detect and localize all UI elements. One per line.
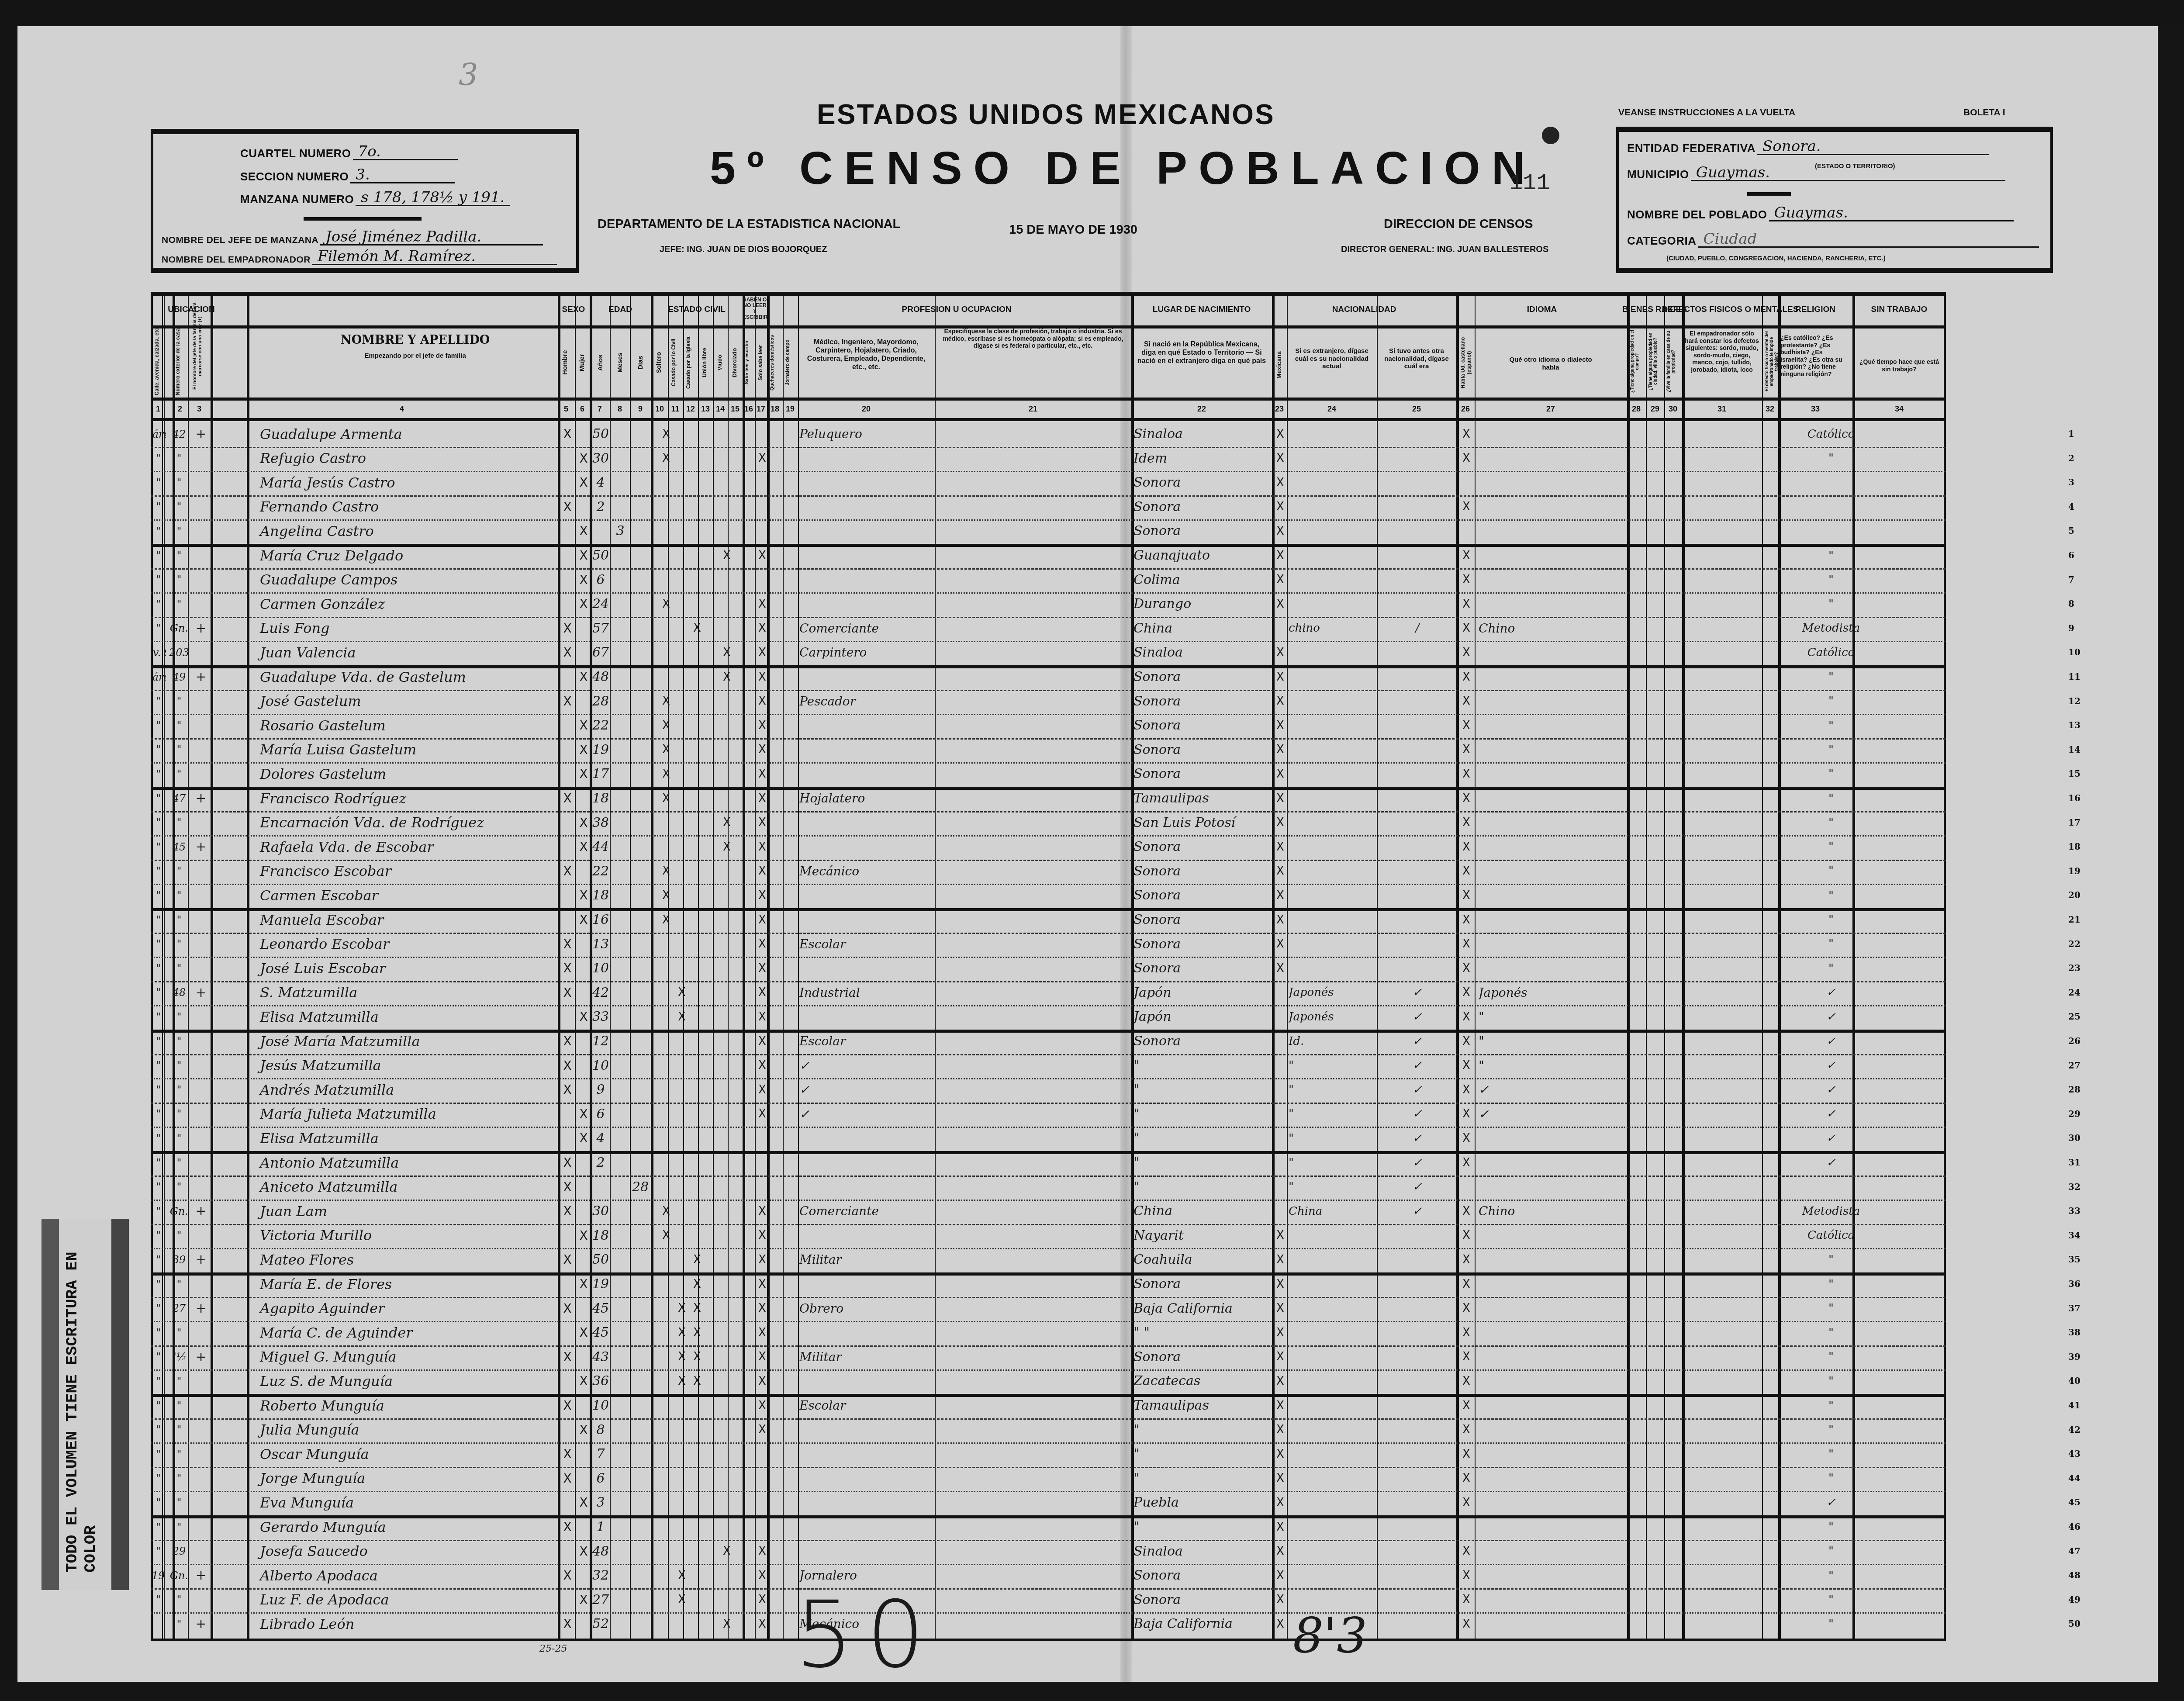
row-number: 42 bbox=[2068, 1424, 2080, 1435]
sex-male-mark: X bbox=[559, 1200, 576, 1223]
speaks-spanish-mark: X bbox=[1458, 1248, 1475, 1271]
person-name: Gerardo Munguía bbox=[251, 1515, 557, 1539]
foreign-nationality bbox=[1289, 1467, 1376, 1490]
jefe-value: José Jiménez Padilla. bbox=[320, 229, 543, 245]
occupation: Pescador bbox=[799, 690, 926, 713]
row-number: 31 bbox=[2068, 1157, 2080, 1168]
calle-cell: " bbox=[151, 690, 166, 713]
age-years: 6 bbox=[591, 1467, 610, 1490]
sex-male-mark: X bbox=[559, 1564, 576, 1587]
header-c19: Jornalero de campo bbox=[785, 332, 796, 393]
mexican-nationality-mark: X bbox=[1273, 933, 1287, 956]
mexican-nationality-mark: X bbox=[1273, 568, 1287, 591]
sex-female-mark: X bbox=[575, 665, 592, 688]
age-years bbox=[591, 1175, 610, 1199]
row-number: 14 bbox=[2068, 744, 2080, 755]
age-years: 4 bbox=[591, 1127, 610, 1150]
other-language bbox=[1479, 714, 1627, 737]
age-days bbox=[630, 1612, 650, 1635]
header-c15: Divorciado bbox=[731, 332, 738, 393]
age-days bbox=[630, 1248, 650, 1271]
table-row: ""Refugio CastroX30XIdemXX"X bbox=[151, 447, 1946, 470]
marital-status-mark: X bbox=[675, 1321, 688, 1344]
mexican-nationality-mark: X bbox=[1273, 1345, 1287, 1369]
house-number-cell: " bbox=[168, 1127, 190, 1150]
occupation: Industrial bbox=[799, 981, 926, 1004]
occupation: Hojalatero bbox=[799, 787, 926, 810]
religion: " bbox=[1781, 568, 1881, 591]
header-c16: Sabe leer y escribir bbox=[744, 332, 754, 393]
speaks-spanish-mark: X bbox=[1458, 835, 1475, 858]
birthplace: Sinaloa bbox=[1133, 422, 1272, 446]
row-number: 37 bbox=[2068, 1303, 2080, 1314]
occupation: Carpintero bbox=[799, 641, 926, 664]
calle-cell: " bbox=[151, 787, 166, 810]
person-name: Andrés Matzumilla bbox=[251, 1078, 557, 1101]
age-months bbox=[610, 811, 630, 834]
table-row: ""María Julieta MatzumillaX6X✓""✓X✓✓ bbox=[151, 1103, 1946, 1126]
birthplace: Japón bbox=[1133, 981, 1272, 1004]
mexican-nationality-mark: X bbox=[1273, 1272, 1287, 1296]
row-number: 20 bbox=[2068, 890, 2080, 900]
birthplace: Nayarit bbox=[1133, 1224, 1272, 1247]
person-name: Eva Munguía bbox=[251, 1491, 557, 1514]
occupation bbox=[799, 495, 926, 519]
seccion-value: 3. bbox=[350, 167, 455, 183]
age-years: 3 bbox=[591, 1491, 610, 1514]
column-number: 15 bbox=[731, 405, 740, 414]
birthplace: Tamaulipas bbox=[1133, 1394, 1272, 1417]
calle-cell: " bbox=[151, 1248, 166, 1271]
religion: " bbox=[1781, 835, 1881, 858]
table-row: ""Aniceto MatzumillaX28""✓ bbox=[151, 1175, 1946, 1199]
calle-cell: " bbox=[151, 1272, 166, 1296]
literate-mark bbox=[756, 519, 768, 543]
country-title: ESTADOS UNIDOS MEXICANOS bbox=[817, 98, 1275, 131]
group-edad: EDAD bbox=[608, 305, 632, 315]
age-days bbox=[630, 665, 650, 688]
literate-mark: X bbox=[756, 860, 768, 883]
house-number-cell: " bbox=[168, 471, 190, 494]
occupation bbox=[799, 1151, 926, 1174]
foreign-nationality bbox=[1289, 787, 1376, 810]
header-c12: Casado por la Iglesia bbox=[685, 332, 696, 393]
sex-male-mark bbox=[559, 835, 576, 858]
row-number: 38 bbox=[2068, 1327, 2080, 1338]
other-language bbox=[1479, 1467, 1627, 1490]
previous-nationality bbox=[1378, 884, 1457, 907]
sex-male-mark: X bbox=[559, 690, 576, 713]
age-days bbox=[630, 835, 650, 858]
age-months bbox=[610, 422, 630, 446]
sex-female-mark: X bbox=[575, 884, 592, 907]
age-days bbox=[630, 1564, 650, 1587]
birthplace: Sonora bbox=[1133, 933, 1272, 956]
other-language bbox=[1479, 1540, 1627, 1563]
religion bbox=[1781, 471, 1881, 494]
literate-mark: X bbox=[756, 665, 768, 688]
literate-mark: X bbox=[756, 811, 768, 834]
column-number: 3 bbox=[197, 405, 201, 414]
column-number: 25 bbox=[1412, 405, 1421, 414]
age-months: 3 bbox=[610, 519, 630, 543]
head-of-family-mark bbox=[192, 1491, 210, 1514]
sex-female-mark: X bbox=[575, 738, 592, 761]
column-number: 14 bbox=[716, 405, 725, 414]
previous-nationality bbox=[1378, 495, 1457, 519]
literate-mark: X bbox=[756, 908, 768, 931]
column-number: 10 bbox=[655, 405, 664, 414]
marital-status-mark: X bbox=[691, 617, 704, 640]
row-number: 9 bbox=[2068, 623, 2074, 633]
head-of-family-mark bbox=[192, 1030, 210, 1053]
occupation bbox=[799, 471, 926, 494]
age-years: 19 bbox=[591, 738, 610, 761]
row-number: 10 bbox=[2068, 647, 2080, 657]
marital-status-mark: X bbox=[720, 1540, 733, 1563]
occupation bbox=[799, 714, 926, 737]
person-name: Miguel G. Munguía bbox=[251, 1345, 557, 1369]
person-name: Agapito Aguinder bbox=[251, 1297, 557, 1320]
sex-female-mark bbox=[575, 1467, 592, 1490]
foreign-nationality bbox=[1289, 568, 1376, 591]
head-of-family-mark bbox=[192, 1151, 210, 1174]
mexican-nationality-mark: X bbox=[1273, 519, 1287, 543]
age-months bbox=[610, 884, 630, 907]
previous-nationality bbox=[1378, 471, 1457, 494]
sex-female-mark: X bbox=[575, 447, 592, 470]
sex-female-mark: X bbox=[575, 762, 592, 785]
head-of-family-mark: + bbox=[192, 1564, 210, 1587]
head-of-family-mark: + bbox=[192, 422, 210, 446]
empadronador-value: Filemón M. Ramírez. bbox=[312, 249, 557, 265]
row-number: 27 bbox=[2068, 1060, 2080, 1071]
literate-mark: X bbox=[756, 1248, 768, 1271]
house-number-cell: 29 bbox=[168, 1540, 190, 1563]
speaks-spanish-mark: X bbox=[1458, 1005, 1475, 1028]
age-months bbox=[610, 1224, 630, 1247]
table-row: ""Jesús MatzumillaX10X✓""✓X"✓ bbox=[151, 1054, 1946, 1077]
age-days bbox=[630, 447, 650, 470]
column-number: 22 bbox=[1197, 405, 1206, 414]
calle-cell: " bbox=[151, 1321, 166, 1344]
age-months bbox=[610, 617, 630, 640]
speaks-spanish-mark: X bbox=[1458, 592, 1475, 615]
religion: " bbox=[1781, 1540, 1881, 1563]
literate-mark bbox=[756, 1491, 768, 1514]
literate-mark: X bbox=[756, 690, 768, 713]
age-years: 44 bbox=[591, 835, 610, 858]
occupation bbox=[799, 1442, 926, 1466]
occupation bbox=[799, 1127, 926, 1150]
house-number-cell: " bbox=[168, 1467, 190, 1490]
sex-female-mark bbox=[575, 1078, 592, 1101]
sex-female-mark bbox=[575, 1151, 592, 1174]
sex-female-mark bbox=[575, 1030, 592, 1053]
birthplace: Sonora bbox=[1133, 1345, 1272, 1369]
table-row: ""Roberto MunguíaX10XEscolarTamaulipasXX… bbox=[151, 1394, 1946, 1417]
table-row: "+Librado LeónX52XMecánicoBaja Californi… bbox=[151, 1612, 1946, 1635]
occupation bbox=[799, 1272, 926, 1296]
speaks-spanish-mark: X bbox=[1458, 447, 1475, 470]
head-of-family-mark bbox=[192, 1467, 210, 1490]
age-months bbox=[610, 1418, 630, 1442]
age-months bbox=[610, 762, 630, 785]
table-row: ""Victoria MurilloX18XNayaritXXCatólicaX bbox=[151, 1224, 1946, 1247]
person-name: María E. de Flores bbox=[251, 1272, 557, 1296]
foreign-nationality bbox=[1289, 495, 1376, 519]
mexican-nationality-mark: X bbox=[1273, 1467, 1287, 1490]
age-months bbox=[610, 1612, 630, 1635]
row-number: 8 bbox=[2068, 598, 2074, 609]
birthplace: " " bbox=[1133, 1321, 1272, 1344]
box-divider bbox=[304, 217, 422, 221]
table-row: ""Dolores GastelumX17XSonoraXX"X bbox=[151, 762, 1946, 785]
sex-male-mark bbox=[559, 1588, 576, 1611]
age-months bbox=[610, 1394, 630, 1417]
religion: " bbox=[1781, 1369, 1881, 1393]
literate-mark: X bbox=[756, 738, 768, 761]
calle-cell: " bbox=[151, 447, 166, 470]
head-of-family-mark bbox=[192, 1369, 210, 1393]
other-language bbox=[1479, 908, 1627, 931]
table-row: ""Rosario GastelumX22XSonoraXX"X bbox=[151, 714, 1946, 737]
age-days bbox=[630, 1442, 650, 1466]
age-months bbox=[610, 1515, 630, 1539]
person-name: Guadalupe Campos bbox=[251, 568, 557, 591]
birthplace: Sonora bbox=[1133, 835, 1272, 858]
age-months bbox=[610, 957, 630, 980]
table-row: Av. 9203Juan ValenciaX67XCarpinteroSinal… bbox=[151, 641, 1946, 664]
head-of-family-mark bbox=[192, 884, 210, 907]
table-row: "Gn.+Luis FongX57XComercianteChinachino/… bbox=[151, 617, 1946, 640]
age-months bbox=[610, 544, 630, 567]
religion: " bbox=[1781, 690, 1881, 713]
age-days bbox=[630, 981, 650, 1004]
age-years: 2 bbox=[591, 495, 610, 519]
age-days bbox=[630, 714, 650, 737]
person-name: Luz S. de Munguía bbox=[251, 1369, 557, 1393]
person-name: Luz F. de Apodaca bbox=[251, 1588, 557, 1611]
sex-male-mark bbox=[559, 1005, 576, 1028]
other-language bbox=[1479, 957, 1627, 980]
person-name: Carmen Escobar bbox=[251, 884, 557, 907]
head-of-family-mark bbox=[192, 1005, 210, 1028]
head-of-family-mark bbox=[192, 1272, 210, 1296]
speaks-spanish-mark: X bbox=[1458, 1224, 1475, 1247]
occupation bbox=[799, 592, 926, 615]
foreign-nationality bbox=[1289, 519, 1376, 543]
speaks-spanish-mark: X bbox=[1458, 617, 1475, 640]
house-number-cell: " bbox=[168, 1321, 190, 1344]
table-row: 19Gn.+Alberto ApodacaX32XJornaleroSonora… bbox=[151, 1564, 1946, 1587]
poblado-label: NOMBRE DEL POBLADO bbox=[1627, 208, 1767, 221]
occupation bbox=[799, 1515, 926, 1539]
religion: " bbox=[1781, 860, 1881, 883]
mexican-nationality-mark: X bbox=[1273, 835, 1287, 858]
previous-nationality bbox=[1378, 1394, 1457, 1417]
age-years: 50 bbox=[591, 422, 610, 446]
calle-cell: " bbox=[151, 1200, 166, 1223]
age-years: 57 bbox=[591, 617, 610, 640]
mexican-nationality-mark: X bbox=[1273, 957, 1287, 980]
literate-mark: X bbox=[756, 1540, 768, 1563]
other-language bbox=[1479, 933, 1627, 956]
speaks-spanish-mark: X bbox=[1458, 1394, 1475, 1417]
sex-male-mark bbox=[559, 1418, 576, 1442]
foreign-nationality bbox=[1289, 860, 1376, 883]
marital-status-mark: X bbox=[720, 665, 733, 688]
occupation bbox=[799, 1005, 926, 1028]
age-days bbox=[630, 957, 650, 980]
foreign-nationality bbox=[1289, 762, 1376, 785]
age-months bbox=[610, 1272, 630, 1296]
sex-female-mark bbox=[575, 957, 592, 980]
head-of-family-mark bbox=[192, 592, 210, 615]
age-months bbox=[610, 1103, 630, 1126]
cuartel-value: 7o. bbox=[353, 144, 458, 160]
person-name: Fernando Castro bbox=[251, 495, 557, 519]
head-of-family-mark: + bbox=[192, 787, 210, 810]
empadronador-field: NOMBRE DEL EMPADRONADOR Filemón M. Ramír… bbox=[162, 249, 557, 265]
birthplace: Zacatecas bbox=[1133, 1369, 1272, 1393]
marital-status-mark: X bbox=[675, 1369, 688, 1393]
religion: " bbox=[1781, 1588, 1881, 1611]
sex-female-mark bbox=[575, 981, 592, 1004]
calle-cell: Juárez bbox=[151, 665, 166, 688]
house-number-cell: " bbox=[168, 1515, 190, 1539]
sex-male-mark: X bbox=[559, 1030, 576, 1053]
occupation: ✓ bbox=[799, 1054, 926, 1077]
person-name: María C. de Aguinder bbox=[251, 1321, 557, 1344]
header-c24: Si es extranjero, dígase cuál es su naci… bbox=[1290, 347, 1373, 370]
age-years: 7 bbox=[591, 1442, 610, 1466]
person-name: Manuela Escobar bbox=[251, 908, 557, 931]
foreign-nationality: Japonés bbox=[1289, 981, 1376, 1004]
column-number: 18 bbox=[771, 405, 779, 414]
birthplace: Sonora bbox=[1133, 762, 1272, 785]
table-row: ""José María MatzumillaX12XEscolarSonora… bbox=[151, 1030, 1946, 1053]
age-years: 30 bbox=[591, 1200, 610, 1223]
sex-male-mark bbox=[559, 811, 576, 834]
head-of-family-mark bbox=[192, 811, 210, 834]
other-language bbox=[1479, 1418, 1627, 1442]
row-number: 25 bbox=[2068, 1011, 2080, 1022]
calle-cell: " bbox=[151, 811, 166, 834]
religion: " bbox=[1781, 544, 1881, 567]
table-row: ""Oscar MunguíaX7"XX" bbox=[151, 1442, 1946, 1466]
speaks-spanish-mark: X bbox=[1458, 641, 1475, 664]
age-days bbox=[630, 908, 650, 931]
foreign-nationality bbox=[1289, 1394, 1376, 1417]
age-days bbox=[630, 471, 650, 494]
house-number-cell: 203 bbox=[168, 641, 190, 664]
house-number-cell: 39 bbox=[168, 1248, 190, 1271]
other-language bbox=[1479, 1515, 1627, 1539]
religion: " bbox=[1781, 1272, 1881, 1296]
occupation bbox=[799, 1540, 926, 1563]
age-months bbox=[610, 641, 630, 664]
speaks-spanish-mark: X bbox=[1458, 1442, 1475, 1466]
mexican-nationality-mark: X bbox=[1273, 908, 1287, 931]
speaks-spanish-mark: X bbox=[1458, 1200, 1475, 1223]
age-code: 25-25 bbox=[539, 1643, 567, 1654]
table-row: ""Julia MunguíaX8X"XX" bbox=[151, 1418, 1946, 1442]
occupation bbox=[799, 1491, 926, 1514]
age-years: 10 bbox=[591, 1394, 610, 1417]
head-of-family-mark bbox=[192, 1054, 210, 1077]
occupation bbox=[799, 1369, 926, 1393]
age-years: 18 bbox=[591, 1224, 610, 1247]
previous-nationality bbox=[1378, 787, 1457, 810]
other-language bbox=[1479, 1442, 1627, 1466]
calle-cell: " bbox=[151, 1369, 166, 1393]
religion: " bbox=[1781, 1564, 1881, 1587]
marital-status-mark: X bbox=[720, 544, 733, 567]
other-language bbox=[1479, 1127, 1627, 1150]
speaks-spanish-mark: X bbox=[1458, 738, 1475, 761]
religion: " bbox=[1781, 1248, 1881, 1271]
table-row: ""Francisco EscobarX22XMecánicoSonoraXX"… bbox=[151, 860, 1946, 883]
sheet-number: 111 bbox=[1509, 170, 1550, 196]
scan-border-bottom bbox=[0, 1682, 2184, 1701]
mexican-nationality-mark: X bbox=[1273, 422, 1287, 446]
foreign-nationality bbox=[1289, 1442, 1376, 1466]
occupation: Peluquero bbox=[799, 422, 926, 446]
occupation bbox=[799, 1175, 926, 1199]
other-language bbox=[1479, 1588, 1627, 1611]
header-c26: Habla Ud. castellano (español) bbox=[1460, 330, 1472, 395]
sex-female-mark bbox=[575, 1297, 592, 1320]
occupation bbox=[799, 519, 926, 543]
table-row: ""María E. de FloresX19XSonoraXX"X bbox=[151, 1272, 1946, 1296]
sex-male-mark bbox=[559, 1321, 576, 1344]
age-days bbox=[630, 1491, 650, 1514]
table-row: ""María C. de AguinderX45X" "XX"XX bbox=[151, 1321, 1946, 1344]
sex-female-mark bbox=[575, 1054, 592, 1077]
other-language: " bbox=[1479, 1030, 1627, 1053]
mexican-nationality-mark: X bbox=[1273, 544, 1287, 567]
jefe-field: NOMBRE DEL JEFE DE MANZANA José Jiménez … bbox=[162, 229, 543, 245]
age-days bbox=[630, 1588, 650, 1611]
other-language bbox=[1479, 738, 1627, 761]
foreign-nationality: " bbox=[1289, 1175, 1376, 1199]
previous-nationality bbox=[1378, 641, 1457, 664]
sex-male-mark: X bbox=[559, 1078, 576, 1101]
previous-nationality bbox=[1378, 1588, 1457, 1611]
house-number-cell: " bbox=[168, 1054, 190, 1077]
marital-status-mark: X bbox=[675, 1588, 688, 1611]
age-months bbox=[610, 738, 630, 761]
sex-male-mark bbox=[559, 714, 576, 737]
table-row: ""Gerardo MunguíaX1"X" bbox=[151, 1515, 1946, 1539]
age-days bbox=[630, 787, 650, 810]
religion: ✓ bbox=[1781, 1078, 1881, 1101]
sex-female-mark bbox=[575, 1442, 592, 1466]
literate-mark: X bbox=[756, 1297, 768, 1320]
previous-nationality: ✓ bbox=[1378, 1151, 1457, 1174]
literate-mark: X bbox=[756, 1394, 768, 1417]
column-number: 16 bbox=[744, 405, 753, 414]
sex-male-mark: X bbox=[559, 1394, 576, 1417]
column-number: 1 bbox=[156, 405, 160, 414]
calle-cell: " bbox=[151, 471, 166, 494]
sex-male-mark: X bbox=[559, 1612, 576, 1635]
house-number-cell: " bbox=[168, 592, 190, 615]
birthplace: Durango bbox=[1133, 592, 1272, 615]
calle-cell: " bbox=[151, 1491, 166, 1514]
sex-male-mark bbox=[559, 1272, 576, 1296]
